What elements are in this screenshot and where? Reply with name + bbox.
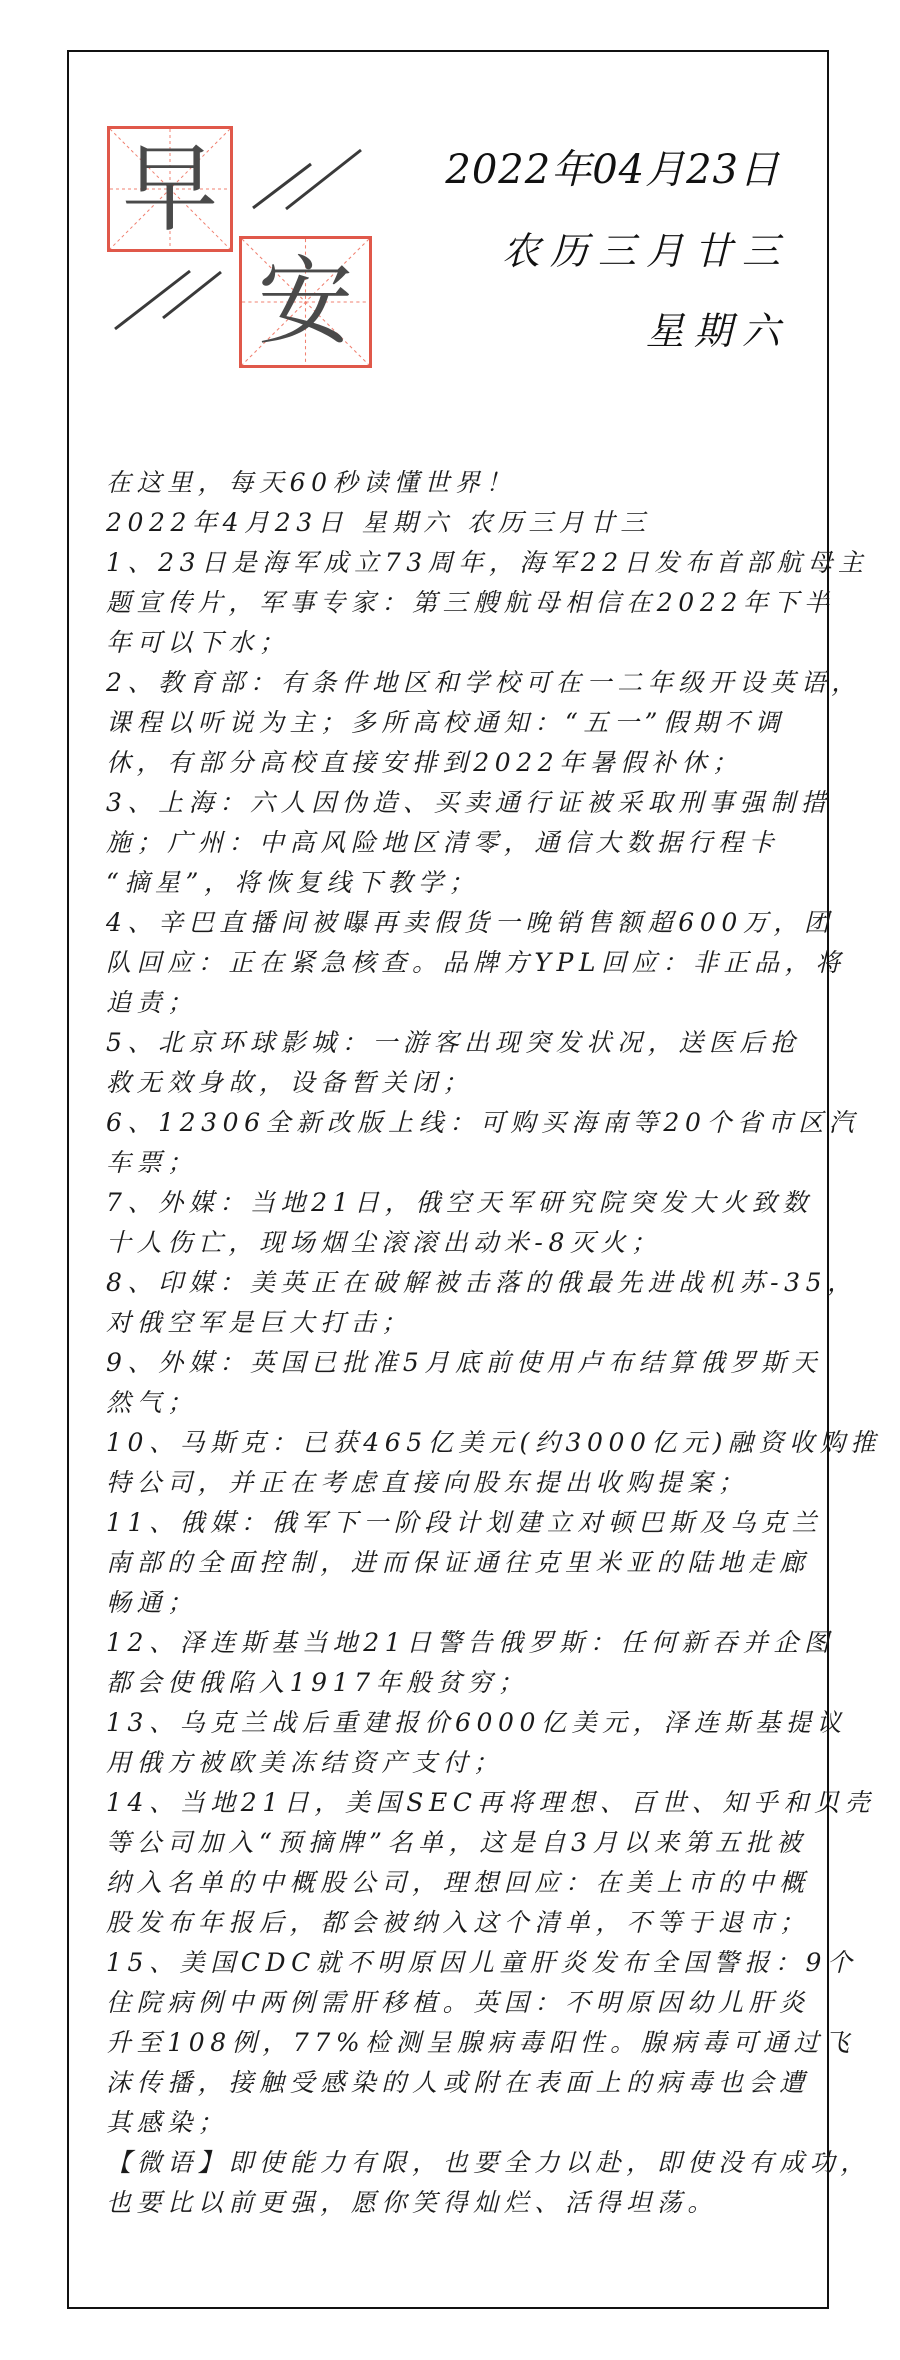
body-text-line: “摘星”，将恢复线下教学； bbox=[106, 863, 818, 903]
body-text-line: 4、辛巴直播间被曝再卖假货一晚销售额超600万，团 bbox=[106, 903, 818, 943]
body-text-line: 9、外媒：英国已批准5月底前使用卢布结算俄罗斯天 bbox=[106, 1343, 818, 1383]
body-text-line: 12、泽连斯基当地21日警告俄罗斯：任何新吞并企图 bbox=[106, 1623, 818, 1663]
body-text-line: 然气； bbox=[106, 1383, 818, 1423]
body-text-line: 特公司，并正在考虑直接向股东提出收购提案； bbox=[106, 1463, 818, 1503]
body-text-line: 队回应：正在紧急核查。品牌方YPL回应：非正品，将 bbox=[106, 943, 818, 983]
body-text-line: 车票； bbox=[106, 1143, 818, 1183]
body-text-line: 课程以听说为主；多所高校通知：“五一”假期不调 bbox=[106, 703, 818, 743]
body-text-line: 13、乌克兰战后重建报价6000亿美元，泽连斯基提议 bbox=[106, 1703, 818, 1743]
body-text-line: 其感染； bbox=[106, 2103, 818, 2143]
body-text-line: 年可以下水； bbox=[106, 623, 818, 663]
body-text-line: 十人伤亡，现场烟尘滚滚出动米-8灭火； bbox=[106, 1223, 818, 1263]
body-text-line: 8、印媒：美英正在破解被击落的俄最先进战机苏-35， bbox=[106, 1263, 818, 1303]
body-text-line: 11、俄媒：俄军下一阶段计划建立对顿巴斯及乌克兰 bbox=[106, 1503, 818, 1543]
body-text-line: 【微语】即使能力有限，也要全力以赴，即使没有成功， bbox=[106, 2143, 818, 2183]
body-text-line: 纳入名单的中概股公司，理想回应：在美上市的中概 bbox=[106, 1863, 818, 1903]
body-text-line: 住院病例中两例需肝移植。英国：不明原因幼儿肝炎 bbox=[106, 1983, 818, 2023]
title-char-zao: 早 bbox=[110, 129, 230, 249]
body-text-line: 5、北京环球影城：一游客出现突发状况，送医后抢 bbox=[106, 1023, 818, 1063]
header-lunar-date: 农历三月廿三 bbox=[502, 220, 790, 275]
body-text-line: 升至108例，77%检测呈腺病毒阳性。腺病毒可通过飞 bbox=[106, 2023, 818, 2063]
title-grid-box-zao: 早 bbox=[107, 126, 233, 252]
title-char-an: 安 bbox=[242, 239, 369, 365]
body-text-line: 对俄空军是巨大打击； bbox=[106, 1303, 818, 1343]
body-text-line: 1、23日是海军成立73周年，海军22日发布首部航母主 bbox=[106, 543, 818, 583]
body-text-line: 10、马斯克：已获465亿美元(约3000亿元)融资收购推 bbox=[106, 1423, 818, 1463]
title-grid-box-an: 安 bbox=[239, 236, 372, 368]
body-text-line: 畅通； bbox=[106, 1583, 818, 1623]
header-weekday: 星期六 bbox=[646, 300, 790, 355]
body-text-line: 用俄方被欧美冻结资产支付； bbox=[106, 1743, 818, 1783]
body-text-line: 也要比以前更强，愿你笑得灿烂、活得坦荡。 bbox=[106, 2183, 818, 2223]
body-text-line: 14、当地21日，美国SEC再将理想、百世、知乎和贝壳 bbox=[106, 1783, 818, 1823]
body-text-line: 追责； bbox=[106, 983, 818, 1023]
body-text-line: 6、12306全新改版上线：可购买海南等20个省市区汽 bbox=[106, 1103, 818, 1143]
header-date: 2022年04月23日 bbox=[445, 138, 780, 195]
body-text-line: 2、教育部：有条件地区和学校可在一二年级开设英语， bbox=[106, 663, 818, 703]
body-text-line: 都会使俄陷入1917年般贫穷； bbox=[106, 1663, 818, 1703]
body-text-line: 2022年4月23日 星期六 农历三月廿三 bbox=[106, 503, 818, 543]
news-body: 在这里，每天60秒读懂世界！2022年4月23日 星期六 农历三月廿三1、23日… bbox=[106, 463, 818, 2223]
body-text-line: 施；广州：中高风险地区清零，通信大数据行程卡 bbox=[106, 823, 818, 863]
body-text-line: 南部的全面控制，进而保证通往克里米亚的陆地走廊 bbox=[106, 1543, 818, 1583]
body-text-line: 股发布年报后，都会被纳入这个清单，不等于退市； bbox=[106, 1903, 818, 1943]
body-text-line: 等公司加入“预摘牌”名单，这是自3月以来第五批被 bbox=[106, 1823, 818, 1863]
body-text-line: 救无效身故，设备暂关闭； bbox=[106, 1063, 818, 1103]
body-text-line: 7、外媒：当地21日，俄空天军研究院突发大火致数 bbox=[106, 1183, 818, 1223]
body-text-line: 题宣传片，军事专家：第三艘航母相信在2022年下半 bbox=[106, 583, 818, 623]
body-text-line: 在这里，每天60秒读懂世界！ bbox=[106, 463, 818, 503]
body-text-line: 3、上海：六人因伪造、买卖通行证被采取刑事强制措 bbox=[106, 783, 818, 823]
body-text-line: 沫传播，接触受感染的人或附在表面上的病毒也会遭 bbox=[106, 2063, 818, 2103]
body-text-line: 15、美国CDC就不明原因儿童肝炎发布全国警报：9个 bbox=[106, 1943, 818, 1983]
body-text-line: 休，有部分高校直接安排到2022年暑假补休； bbox=[106, 743, 818, 783]
